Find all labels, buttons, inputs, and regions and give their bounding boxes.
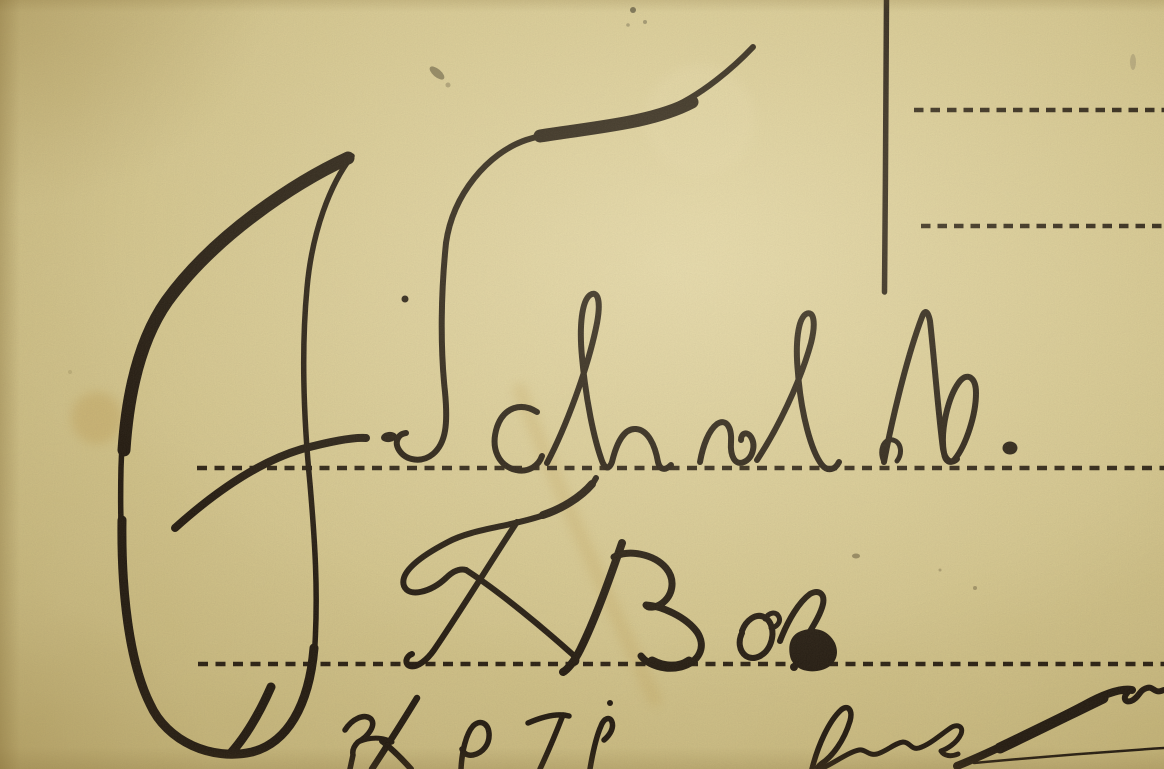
postcard-scan: J. Scholte. T Bos K C H… (lower signatur… (0, 0, 1164, 769)
paper-grain (0, 0, 1164, 769)
scan-canvas (0, 0, 1164, 769)
